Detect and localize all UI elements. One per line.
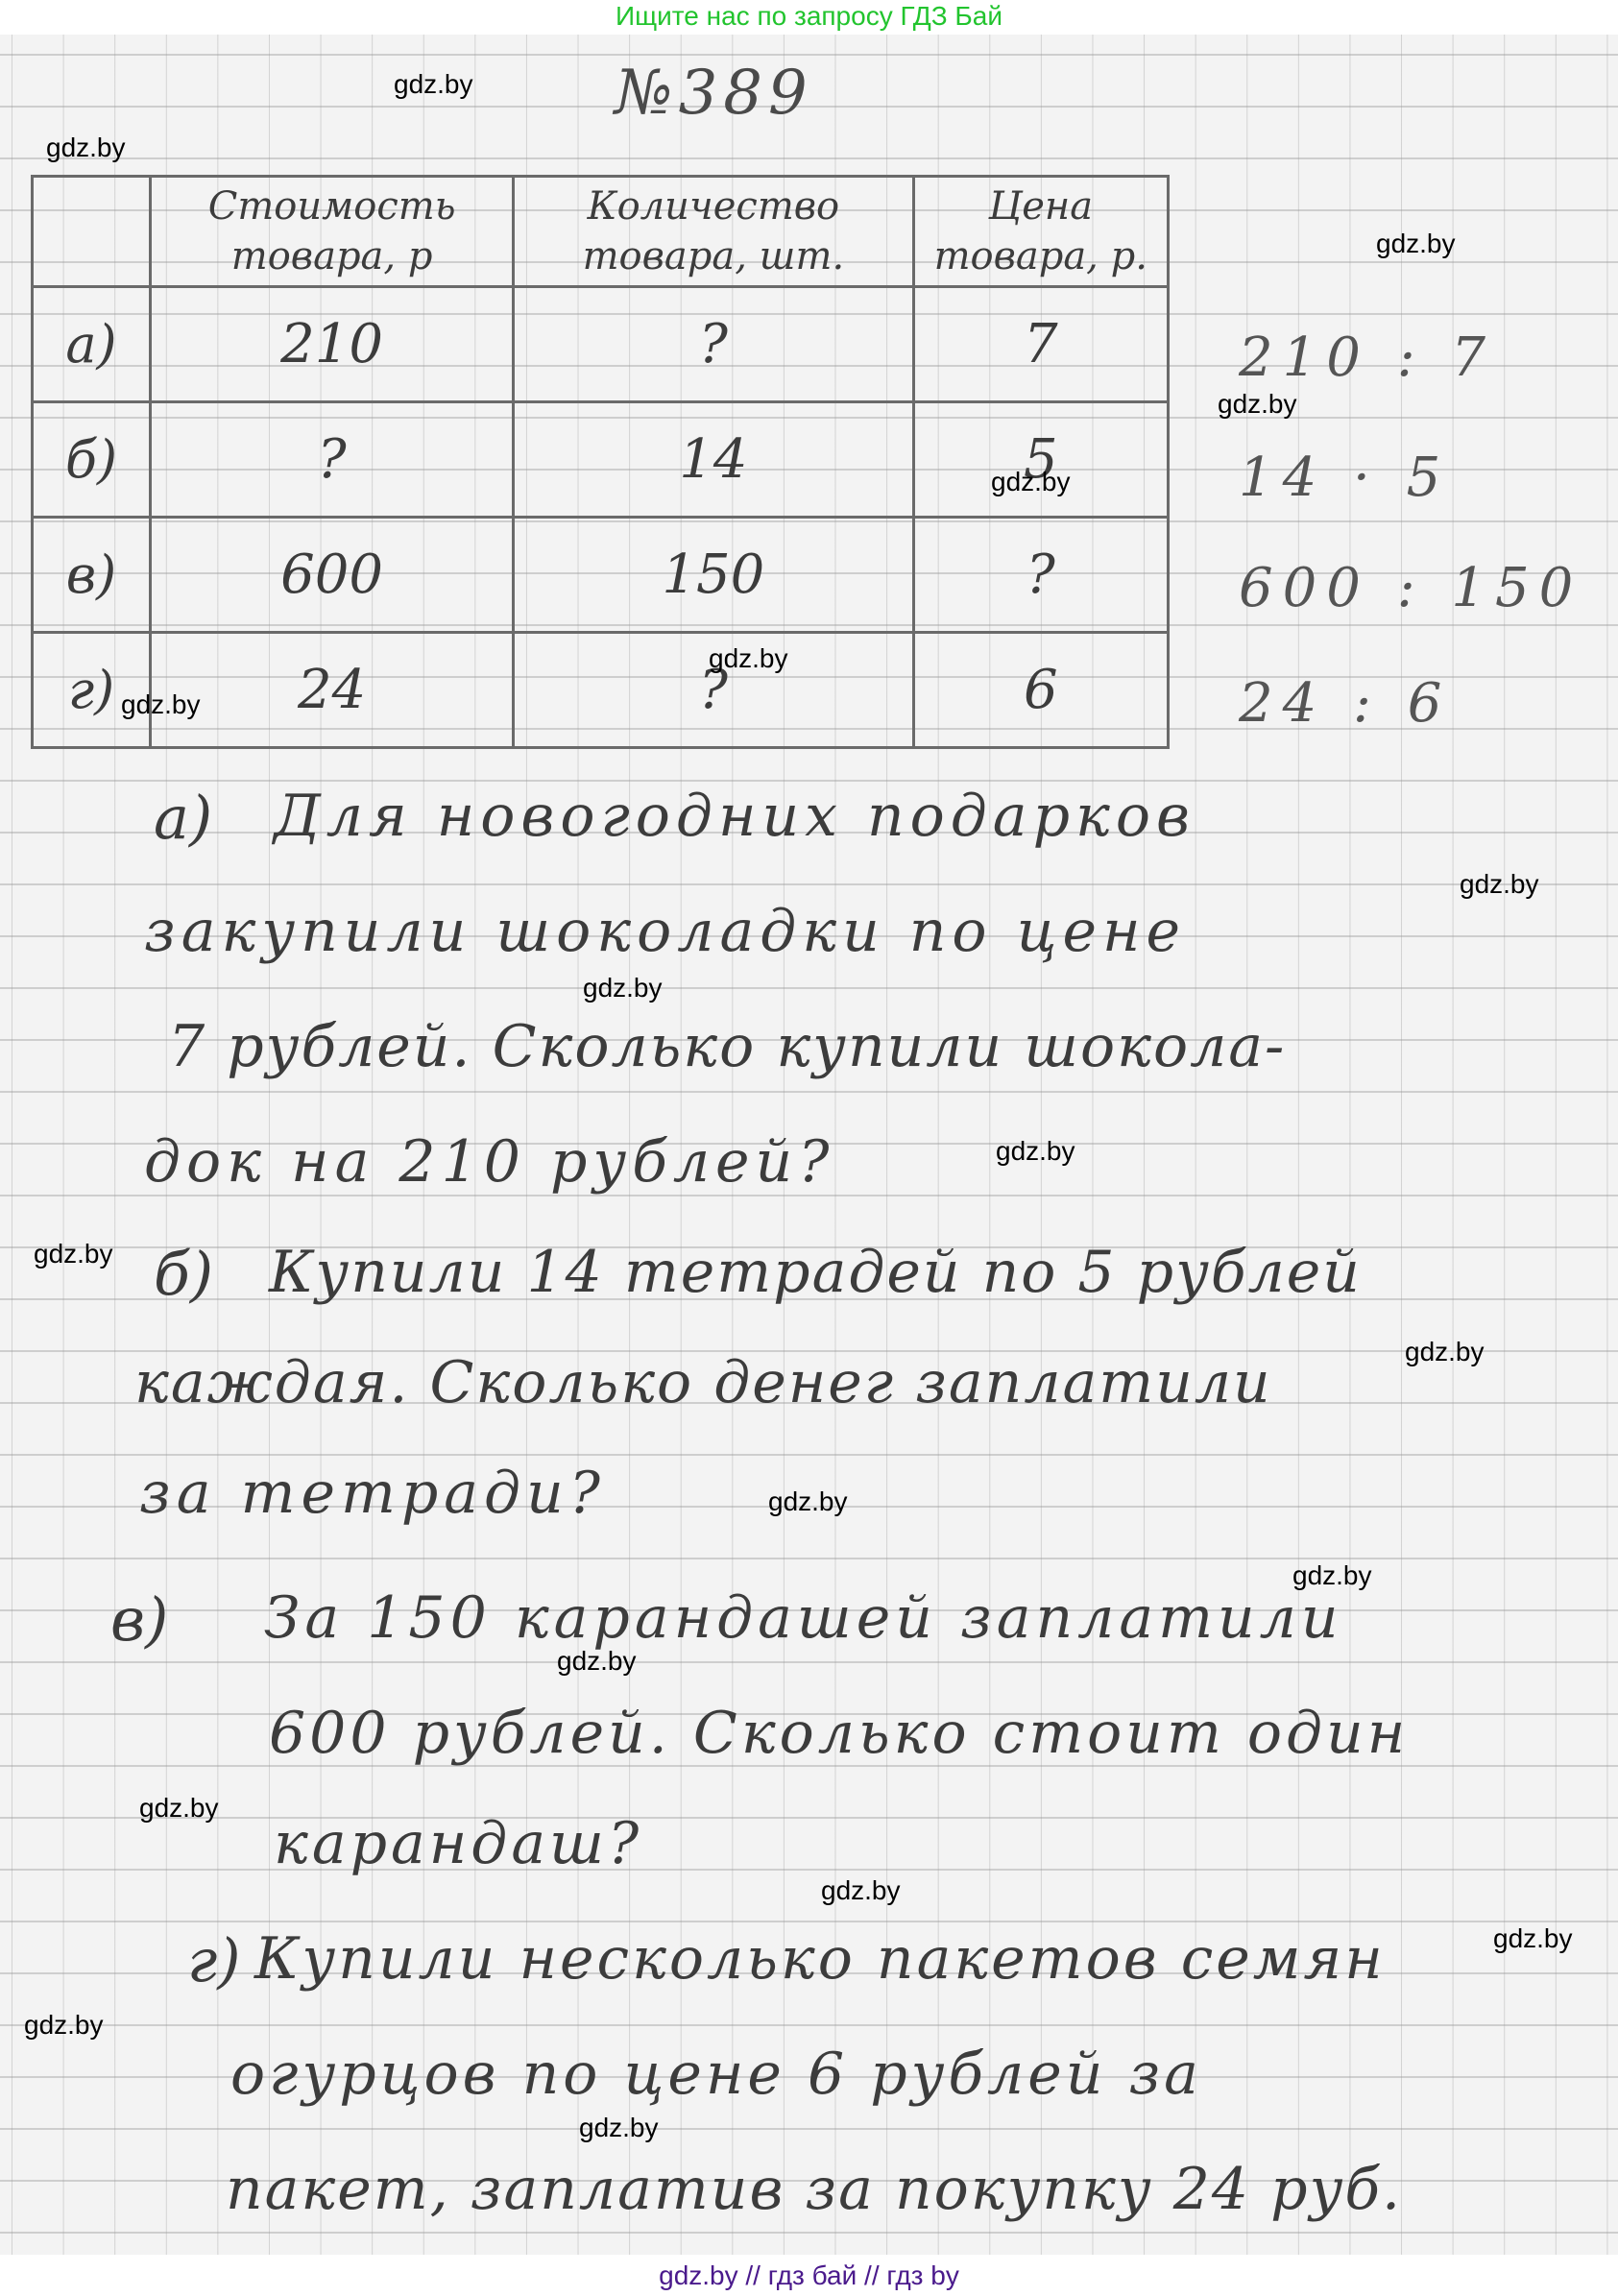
problem-text-line: каждая. Сколько денег заплатили (134, 1349, 1272, 1416)
problem-text-line: за тетради? (139, 1460, 606, 1527)
watermark: gdz.by (1405, 1337, 1485, 1367)
table-header-empty (33, 177, 151, 287)
problem-label: а) (154, 783, 212, 853)
table-header-quantity: Количество товара, шт. (514, 177, 913, 287)
calculation: 600 : 150 (1239, 557, 1582, 619)
watermark: gdz.by (768, 1486, 848, 1517)
cell-price: ? (913, 518, 1168, 633)
watermark: gdz.by (709, 643, 788, 674)
problem-text-line: 7 рублей. Сколько купили шокола- (168, 1013, 1286, 1080)
row-label: а) (33, 287, 151, 402)
calculation: 14 · 5 (1239, 447, 1450, 509)
table-row: б) ? 14 5 (33, 402, 1169, 518)
watermark: gdz.by (139, 1793, 219, 1824)
search-banner[interactable]: Ищите нас по запросу ГДЗ Бай (0, 0, 1618, 35)
table-header-row: Стоимость товара, р Количество товара, ш… (33, 177, 1169, 287)
cell-quantity: 14 (514, 402, 913, 518)
table-row: в) 600 150 ? (33, 518, 1169, 633)
table-row: а) 210 ? 7 (33, 287, 1169, 402)
problem-text-line: карандаш? (274, 1810, 642, 1877)
watermark: gdz.by (557, 1646, 637, 1677)
problem-text-line: 600 рублей. Сколько стоит один (269, 1700, 1409, 1767)
watermark: gdz.by (1493, 1923, 1573, 1954)
cell-quantity: 150 (514, 518, 913, 633)
watermark: gdz.by (579, 2113, 659, 2143)
cell-price: 5 (913, 402, 1168, 518)
watermark: gdz.by (46, 133, 126, 163)
watermark: gdz.by (583, 973, 663, 1003)
cell-cost: ? (151, 402, 514, 518)
problem-label: г) (187, 1925, 241, 1995)
table-header-price: Цена товара, р. (913, 177, 1168, 287)
cell-cost: 24 (151, 633, 514, 748)
problem-text-line: закупили шоколадки по цене (144, 898, 1186, 965)
watermark: gdz.by (1376, 229, 1456, 259)
cell-quantity: ? (514, 287, 913, 402)
cell-price: 6 (913, 633, 1168, 748)
watermark: gdz.by (991, 467, 1071, 497)
cell-cost: 210 (151, 287, 514, 402)
problem-text-line: Купили несколько пакетов семян (254, 1925, 1386, 1993)
watermark: gdz.by (996, 1136, 1075, 1167)
calculation: 24 : 6 (1239, 672, 1451, 735)
watermark: gdz.by (34, 1239, 113, 1269)
watermark: gdz.by (1460, 869, 1539, 900)
watermark: gdz.by (24, 2010, 104, 2041)
problem-text-line: За 150 карандашей заплатили (264, 1584, 1342, 1652)
calculation: 210 : 7 (1239, 326, 1495, 389)
problem-label: в) (110, 1584, 168, 1655)
problem-text-line: Для новогодних подарков (274, 783, 1195, 850)
cell-price: 7 (913, 287, 1168, 402)
cell-cost: 600 (151, 518, 514, 633)
footer-links[interactable]: gdz.by // гдз бай // гдз by (0, 2255, 1618, 2296)
watermark: gdz.by (1292, 1560, 1372, 1591)
exercise-number: №389 (615, 58, 813, 129)
watermark: gdz.by (821, 1875, 901, 1906)
row-label: в) (33, 518, 151, 633)
table-row: г) 24 ? 6 (33, 633, 1169, 748)
goods-table: Стоимость товара, р Количество товара, ш… (31, 175, 1170, 749)
problem-text-line: Купили 14 тетрадей по 5 рублей (269, 1239, 1362, 1306)
watermark: gdz.by (121, 689, 201, 720)
problem-label: б) (154, 1239, 213, 1309)
row-label: б) (33, 402, 151, 518)
problem-text-line: огурцов по цене 6 рублей за (230, 2041, 1202, 2108)
problem-text-line: док на 210 рублей? (144, 1128, 834, 1196)
problem-text-line: пакет, заплатив за покупку 24 руб. (226, 2156, 1402, 2223)
watermark: gdz.by (394, 69, 473, 100)
table-header-cost: Стоимость товара, р (151, 177, 514, 287)
watermark: gdz.by (1218, 389, 1297, 420)
